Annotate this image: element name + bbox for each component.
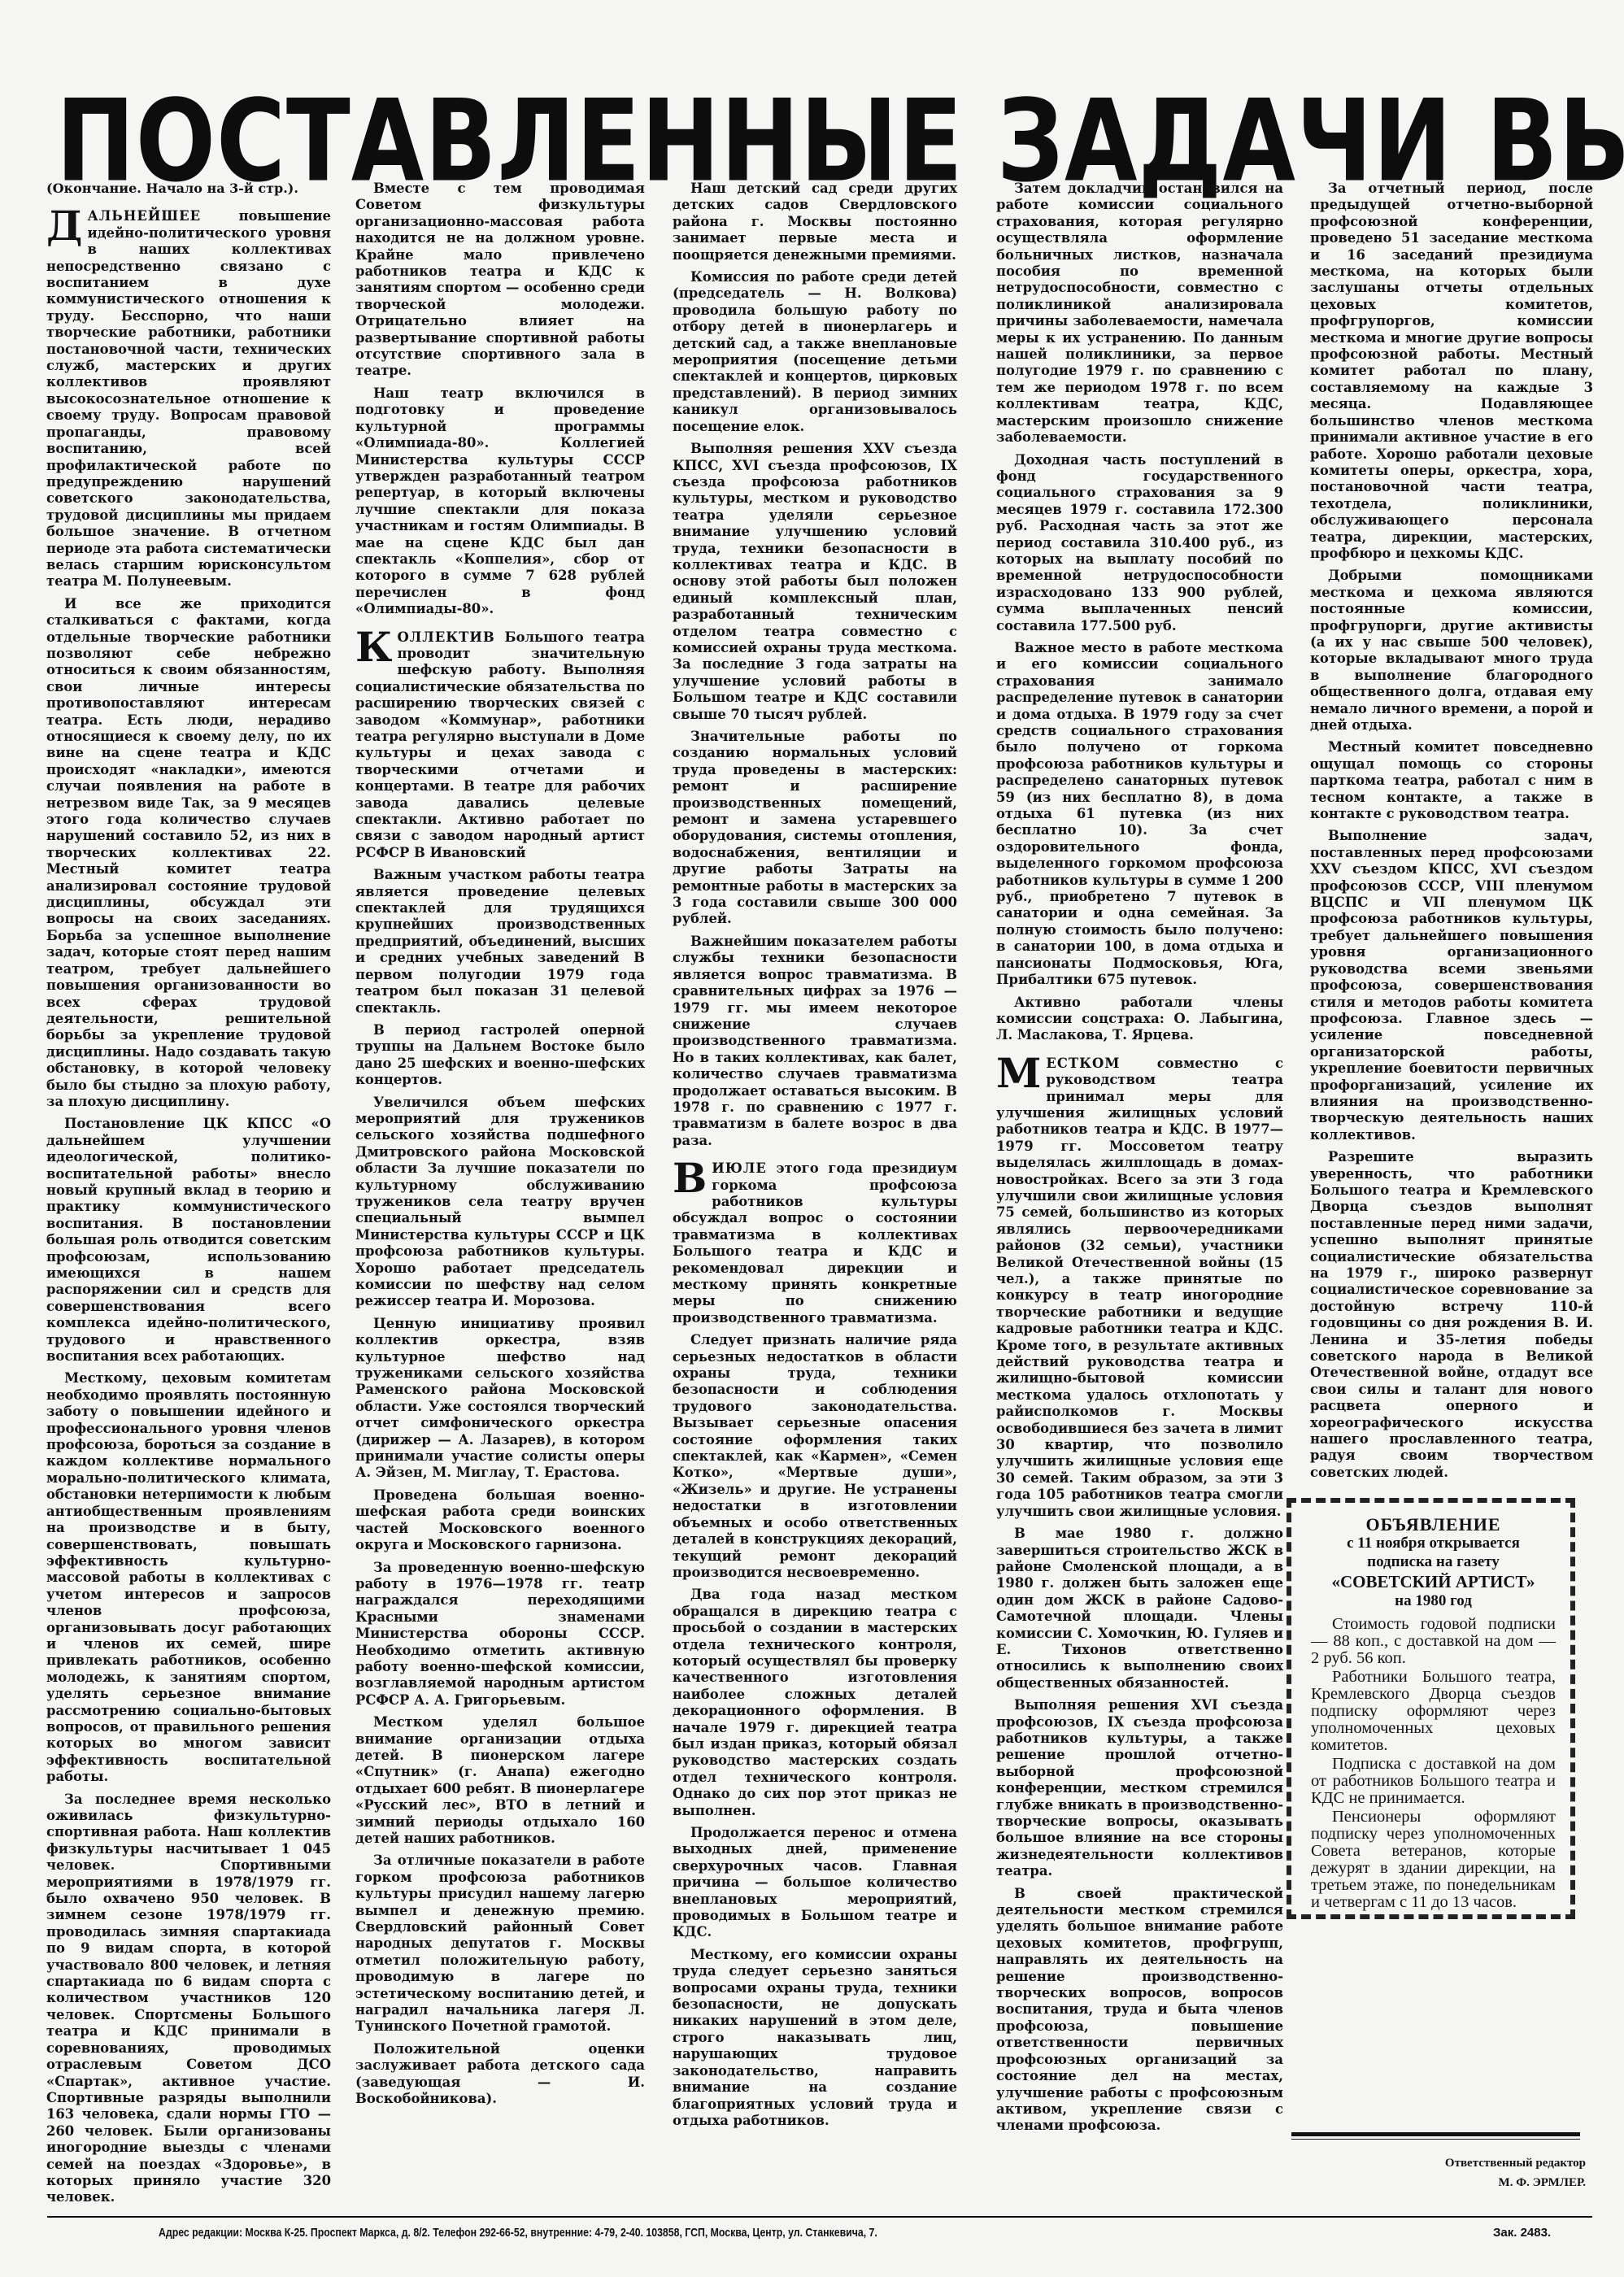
announcement-delivery: Подписка с доставкой на дом от работнико… xyxy=(1311,1756,1556,1807)
article-paragraph: Наш детский сад среди других детских сад… xyxy=(673,181,957,263)
editor-name: М. Ф. ЭРМЛЕР. xyxy=(1350,2173,1586,2192)
column-1: (Окончание. Начало на 3-й стр.). ДАЛЬНЕЙ… xyxy=(46,181,331,2212)
article-paragraph: Важным участком работы театра является п… xyxy=(355,867,645,1017)
article-paragraph: Постановление ЦК КПСС «О дальнейшем улуч… xyxy=(46,1116,331,1365)
article-paragraph: Месткому, его комиссии охраны труда след… xyxy=(673,1947,957,2129)
article-paragraph: Вместе с тем проводимая Советом физкульт… xyxy=(355,181,645,380)
article-paragraph: Затем докладчик остановился на работе ко… xyxy=(996,181,1283,446)
editorial-address: Адрес редакции: Москва К-25. Проспект Ма… xyxy=(159,2226,1159,2240)
section-lead-paragraph: КОЛЛЕКТИВ Большого театра проводит значи… xyxy=(355,629,645,862)
article-paragraph: В период гастролей оперной труппы на Дал… xyxy=(355,1022,645,1089)
article-paragraph: Комиссия по работе среди детей (председа… xyxy=(673,269,957,435)
article-paragraph: Добрыми помощниками месткома и цехкома я… xyxy=(1310,568,1593,734)
article-paragraph: Ценную инициативу проявил коллектив орке… xyxy=(355,1316,645,1482)
section-lead-paragraph: МЕСТКОМ совместно с руководством театра … xyxy=(996,1056,1283,1520)
article-paragraph: Месткому, цеховым комитетам необходимо п… xyxy=(46,1370,331,1785)
column-4: Затем докладчик остановился на работе ко… xyxy=(996,181,1283,2140)
article-paragraph: Важное место в работе месткома и его ком… xyxy=(996,640,1283,989)
section-lead-paragraph: ДАЛЬНЕЙШЕЕ повышение идейно-политическог… xyxy=(46,208,331,590)
article-paragraph: За отчетный период, после предыдущей отч… xyxy=(1310,181,1593,562)
announcement-workers: Работники Большого театра, Кремлевского … xyxy=(1311,1669,1556,1754)
article-paragraph: В мае 1980 г. должно завершиться строите… xyxy=(996,1526,1283,1691)
article-paragraph: Следует признать наличие ряда серьезных … xyxy=(673,1332,957,1581)
drop-cap: Д xyxy=(46,210,82,242)
footer-divider xyxy=(47,2216,1592,2218)
article-paragraph: Выполняя решения XXV съезда КПСС, XVI съ… xyxy=(673,441,957,723)
article-paragraph: За проведенную военно-шефскую работу в 1… xyxy=(355,1560,645,1709)
article-paragraph: Значительные работы по созданию нормальн… xyxy=(673,729,957,928)
article-paragraph: Местком уделял большое внимание организа… xyxy=(355,1714,645,1847)
section-lead-paragraph: ВИЮЛЕ этого года президиум горкома профс… xyxy=(673,1160,957,1326)
column-3: Наш детский сад среди других детских сад… xyxy=(673,181,957,2135)
editor-credit: Ответственный редактор М. Ф. ЭРМЛЕР. xyxy=(1350,2153,1586,2192)
article-paragraph: В своей практической деятельности местко… xyxy=(996,1886,1283,2135)
announcement-subscription-line: подписка на газету xyxy=(1311,1553,1556,1570)
lead-word: ОЛЛЕКТИВ xyxy=(397,629,494,645)
article-paragraph: Увеличился объем шефских мероприятий для… xyxy=(355,1095,645,1310)
editor-title: Ответственный редактор xyxy=(1350,2153,1586,2173)
announcement-price: Стоимость годовой подписки — 88 коп., с … xyxy=(1311,1616,1556,1667)
paragraph-text: совместно с руководством театра принимал… xyxy=(996,1056,1283,1519)
paragraph-text: повышение идейно-политического уровня в … xyxy=(46,208,331,589)
drop-cap: М xyxy=(996,1057,1041,1090)
drop-cap: К xyxy=(355,631,392,664)
paragraph-text: Большого театра проводит значительную ше… xyxy=(355,629,645,860)
article-paragraph: Активно работали члены комиссии соцстрах… xyxy=(996,995,1283,1044)
announcement-paper-name: «СОВЕТСКИЙ АРТИСТ» xyxy=(1311,1574,1556,1591)
paragraph-text: этого года президиум горкома профсоюза р… xyxy=(673,1160,957,1326)
announcement-date-line: с 11 ноября открывается xyxy=(1311,1535,1556,1552)
announcement-pensioners: Пенсионеры оформляют подписку через упол… xyxy=(1311,1809,1556,1911)
article-paragraph: За отличные показатели в работе горком п… xyxy=(355,1853,645,2035)
subscription-announcement: ОБЪЯВЛЕНИЕ с 11 ноября открывается подпи… xyxy=(1287,1498,1575,1919)
article-paragraph: Доходная часть поступлений в фонд госуда… xyxy=(996,452,1283,634)
article-paragraph: Наш театр включился в подготовку и прове… xyxy=(355,385,645,618)
article-paragraph: Выполнение задач, поставленных перед про… xyxy=(1310,828,1593,1143)
article-paragraph: Положительной оценки заслуживает работа … xyxy=(355,2041,645,2108)
article-paragraph: Выполняя решения XVI съезда профсоюзов, … xyxy=(996,1697,1283,1879)
announcement-year: на 1980 год xyxy=(1311,1592,1556,1609)
article-paragraph: Разрешите выразить уверенность, что рабо… xyxy=(1310,1149,1593,1481)
order-number: Зак. 2483. xyxy=(1493,2226,1551,2240)
column-2: Вместе с тем проводимая Советом физкульт… xyxy=(355,181,645,2114)
article-paragraph: Проведена большая военно-шефская работа … xyxy=(355,1487,645,1554)
drop-cap: В xyxy=(673,1162,707,1195)
article-paragraph: Важнейшим показателем работы службы техн… xyxy=(673,934,957,1149)
article-paragraph: И все же приходится сталкиваться с факта… xyxy=(46,596,331,1111)
article-paragraph: За последнее время несколько оживилась ф… xyxy=(46,1792,331,2206)
article-paragraph: Два года назад местком обращался в дирек… xyxy=(673,1587,957,1819)
lead-word: АЛЬНЕЙШЕЕ xyxy=(87,208,201,224)
lead-word: ЕСТКОМ xyxy=(1046,1056,1120,1071)
editor-divider-thick xyxy=(1291,2132,1580,2136)
editor-divider-thin xyxy=(1291,2139,1580,2140)
article-paragraph: Продолжается перенос и отмена выходных д… xyxy=(673,1825,957,1941)
article-paragraph: Местный комитет повседневно ощущал помощ… xyxy=(1310,739,1593,822)
column-5: За отчетный период, после предыдущей отч… xyxy=(1310,181,1593,1487)
announcement-title: ОБЪЯВЛЕНИЕ xyxy=(1311,1516,1556,1533)
continuation-note: (Окончание. Начало на 3-й стр.). xyxy=(46,181,331,197)
lead-word: ИЮЛЕ xyxy=(712,1160,767,1176)
